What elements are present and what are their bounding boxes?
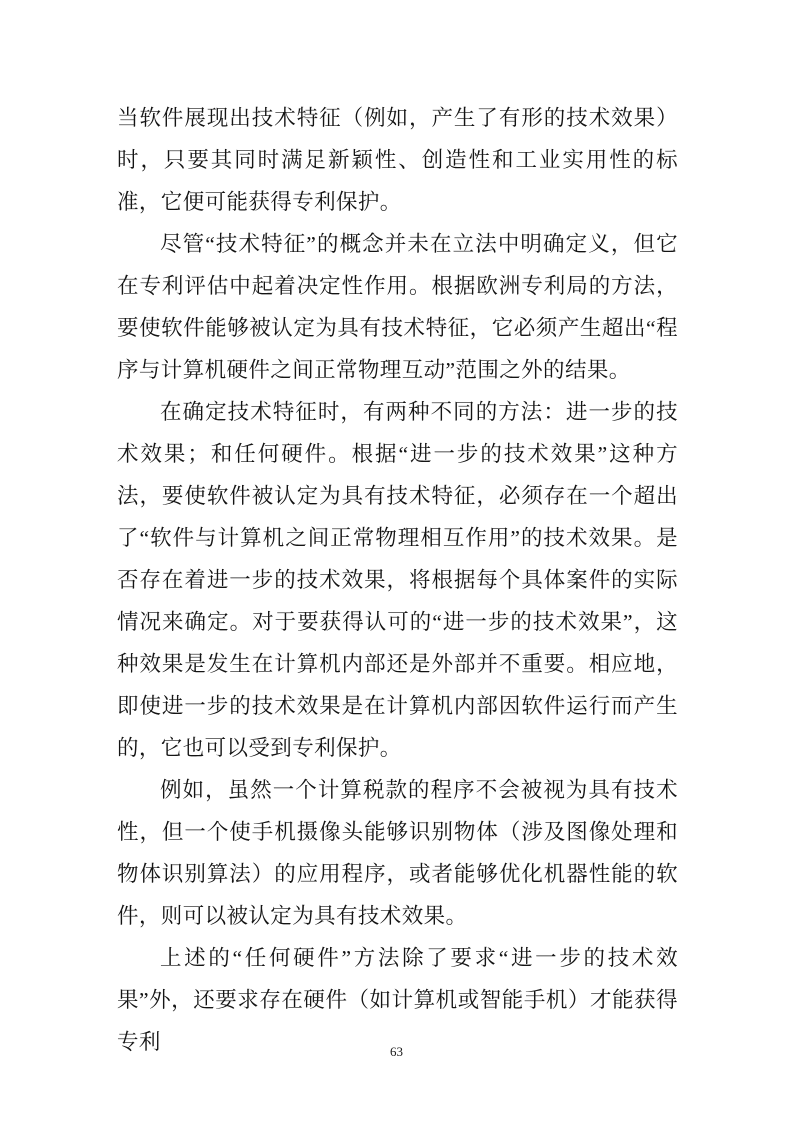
paragraph: 例如，虽然一个计算税款的程序不会被视为具有技术性，但一个使手机摄像头能够识别物体… [117, 769, 678, 937]
paragraph: 尽管“技术特征”的概念并未在立法中明确定义，但它在专利评估中起着决定性作用。根据… [117, 223, 678, 391]
paragraph-continuation: 当软件展现出技术特征（例如，产生了有形的技术效果）时，只要其同时满足新颖性、创造… [117, 97, 678, 223]
paragraph: 在确定技术特征时，有两种不同的方法：进一步的技术效果；和任何硬件。根据“进一步的… [117, 391, 678, 769]
document-page: 当软件展现出技术特征（例如，产生了有形的技术效果）时，只要其同时满足新颖性、创造… [0, 0, 793, 1122]
body-text-block: 当软件展现出技术特征（例如，产生了有形的技术效果）时，只要其同时满足新颖性、创造… [117, 97, 678, 1063]
page-number: 63 [0, 1044, 793, 1060]
